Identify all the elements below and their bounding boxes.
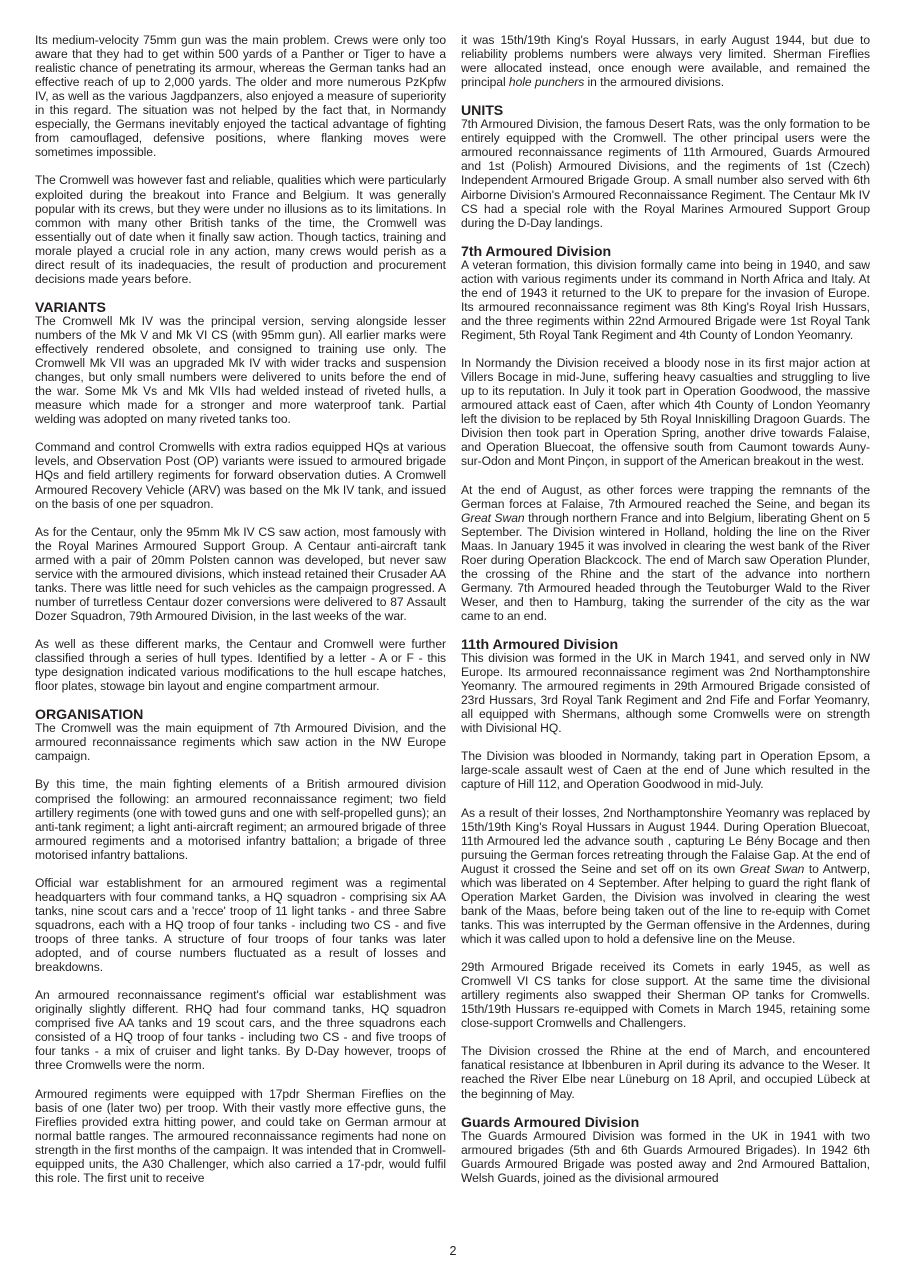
paragraph-text: Its medium-velocity 75mm gun was the mai…	[35, 33, 446, 159]
paragraph-text: Command and control Cromwells with extra…	[35, 440, 446, 510]
text-run: through northern France and into Belgium…	[461, 511, 870, 623]
paragraph-text: The Cromwell Mk IV was the principal ver…	[35, 314, 446, 426]
right-column: it was 15th/19th King's Royal Hussars, i…	[461, 33, 870, 1199]
paragraph-text: The Guards Armoured Division was formed …	[461, 1129, 870, 1185]
page-number: 2	[0, 1244, 906, 1258]
paragraph: Its medium-velocity 75mm gun was the mai…	[35, 33, 446, 159]
paragraph: Armoured regiments were equipped with 17…	[35, 1087, 446, 1185]
paragraph: The Cromwell was however fast and reliab…	[35, 173, 446, 285]
section-organisation: ORGANISATION The Cromwell was the main e…	[35, 707, 446, 763]
paragraph: As well as these different marks, the Ce…	[35, 637, 446, 693]
paragraph: The Division crossed the Rhine at the en…	[461, 1044, 870, 1100]
paragraph-text: 7th Armoured Division, the famous Desert…	[461, 117, 870, 229]
subsection-heading: 7th Armoured Division	[461, 244, 870, 258]
paragraph-text: The Cromwell was the main equipment of 7…	[35, 721, 446, 763]
italic-term: Great Swan	[740, 862, 805, 876]
text-run: in the armoured divisions.	[584, 75, 724, 89]
paragraph-text: By this time, the main fighting elements…	[35, 777, 446, 861]
paragraph-text: As a result of their losses, 2nd Northam…	[461, 806, 870, 946]
italic-term: Great Swan	[461, 511, 525, 525]
subsection-heading: Guards Armoured Division	[461, 1115, 870, 1129]
text-run: At the end of August, as other forces we…	[461, 483, 870, 511]
paragraph: The Division was blooded in Normandy, ta…	[461, 749, 870, 791]
section-units: UNITS 7th Armoured Division, the famous …	[461, 103, 870, 229]
paragraph: As a result of their losses, 2nd Northam…	[461, 806, 870, 946]
paragraph: it was 15th/19th King's Royal Hussars, i…	[461, 33, 870, 89]
section-heading: UNITS	[461, 103, 870, 117]
paragraph: In Normandy the Division received a bloo…	[461, 356, 870, 468]
paragraph-text: At the end of August, as other forces we…	[461, 483, 870, 623]
italic-term: hole punchers	[509, 75, 584, 89]
paragraph-text: An armoured reconnaissance regiment's of…	[35, 988, 446, 1072]
paragraph-text: Armoured regiments were equipped with 17…	[35, 1087, 446, 1185]
paragraph: As for the Centaur, only the 95mm Mk IV …	[35, 525, 446, 623]
section-guards-armoured: Guards Armoured Division The Guards Armo…	[461, 1115, 870, 1185]
section-variants: VARIANTS The Cromwell Mk IV was the prin…	[35, 300, 446, 426]
paragraph-text: As well as these different marks, the Ce…	[35, 637, 446, 693]
paragraph: Official war establishment for an armour…	[35, 876, 446, 974]
paragraph-text: This division was formed in the UK in Ma…	[461, 651, 870, 735]
paragraph: Command and control Cromwells with extra…	[35, 440, 446, 510]
section-heading: ORGANISATION	[35, 707, 446, 721]
subsection-heading: 11th Armoured Division	[461, 637, 870, 651]
paragraph-text: A veteran formation, this division forma…	[461, 258, 870, 342]
paragraph-text: In Normandy the Division received a bloo…	[461, 356, 870, 468]
document-page: Its medium-velocity 75mm gun was the mai…	[0, 0, 906, 1280]
paragraph-text: it was 15th/19th King's Royal Hussars, i…	[461, 33, 870, 89]
paragraph-text: As for the Centaur, only the 95mm Mk IV …	[35, 525, 446, 623]
left-column: Its medium-velocity 75mm gun was the mai…	[35, 33, 446, 1199]
paragraph-text: The Division was blooded in Normandy, ta…	[461, 749, 870, 791]
paragraph-text: 29th Armoured Brigade received its Comet…	[461, 960, 870, 1030]
section-heading: VARIANTS	[35, 300, 446, 314]
paragraph-text: The Cromwell was however fast and reliab…	[35, 173, 446, 285]
paragraph: At the end of August, as other forces we…	[461, 483, 870, 623]
paragraph: An armoured reconnaissance regiment's of…	[35, 988, 446, 1072]
paragraph-text: The Division crossed the Rhine at the en…	[461, 1044, 870, 1100]
paragraph: By this time, the main fighting elements…	[35, 777, 446, 861]
section-7th-armoured: 7th Armoured Division A veteran formatio…	[461, 244, 870, 342]
paragraph: 29th Armoured Brigade received its Comet…	[461, 960, 870, 1030]
section-11th-armoured: 11th Armoured Division This division was…	[461, 637, 870, 735]
paragraph-text: Official war establishment for an armour…	[35, 876, 446, 974]
